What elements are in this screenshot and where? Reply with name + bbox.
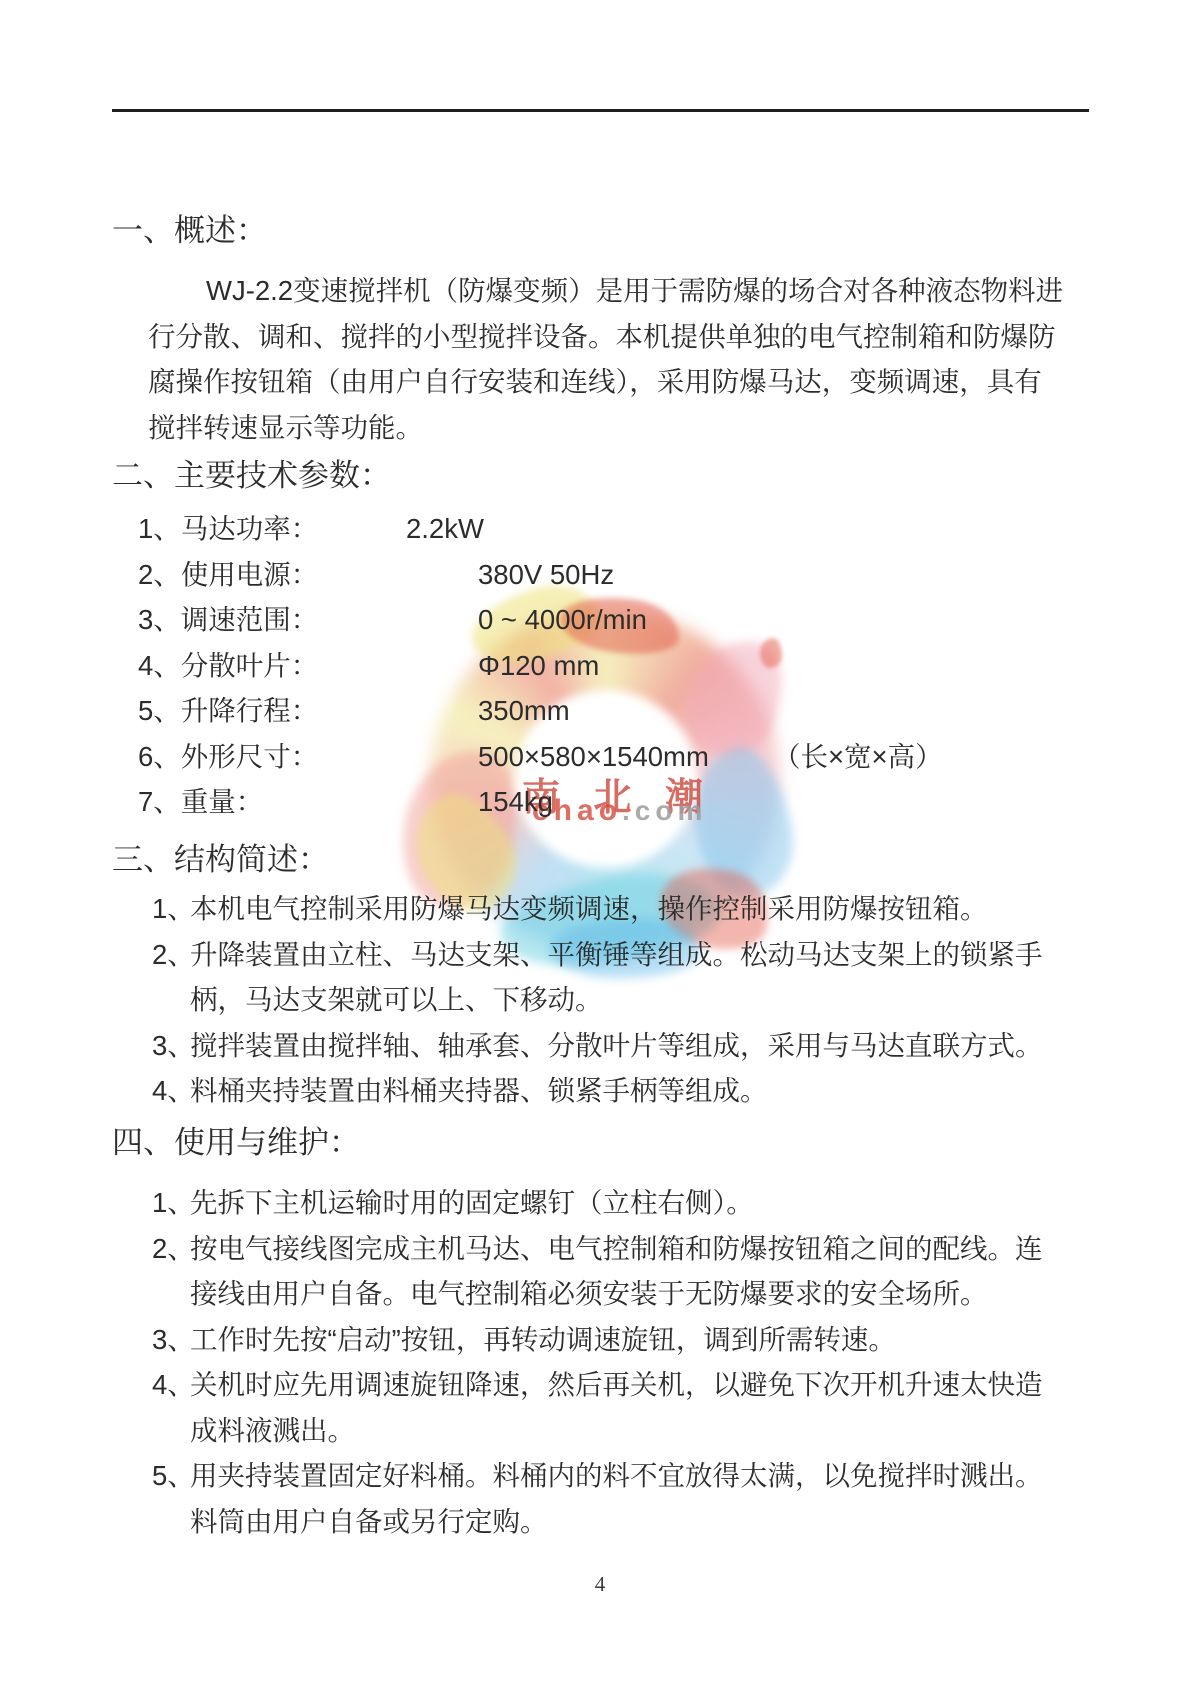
section-heading-structure: 三、结构简述： <box>112 840 329 880</box>
item-line: 关机时应先用调速旋钮降速，然后再关机，以避免下次开机升速太快造 <box>190 1362 1043 1408</box>
paragraph-line: 搅拌转速显示等功能。 <box>148 405 1063 451</box>
spec-value: 0 ~ 4000r/min <box>478 597 647 643</box>
spec-label: 分散叶片： <box>181 650 319 681</box>
list-item: 3、 工作时先按“启动”按钮，再转动调速旋钮，调到所需转速。 <box>112 1317 1142 1363</box>
item-number: 2、 <box>152 1226 190 1317</box>
spec-value: 154kg <box>478 779 553 825</box>
spec-row: 3、调速范围： 0 ~ 4000r/min <box>112 597 1112 643</box>
item-text: 升降装置由立柱、马达支架、平衡锤等组成。松动马达支架上的锁紧手 柄，马达支架就可… <box>190 932 1043 1023</box>
page-number: 4 <box>0 1572 1200 1597</box>
spec-row: 7、重量： 154kg <box>112 779 1112 825</box>
spec-row: 4、分散叶片： Φ120 mm <box>112 643 1112 689</box>
spec-value: Φ120 mm <box>478 643 599 689</box>
item-text: 工作时先按“启动”按钮，再转动调速旋钮，调到所需转速。 <box>190 1317 896 1363</box>
spec-label: 升降行程： <box>181 695 319 726</box>
spec-label: 使用电源： <box>181 559 319 590</box>
list-item: 3、 搅拌装置由搅拌轴、轴承套、分散叶片等组成，采用与马达直联方式。 <box>112 1023 1142 1069</box>
paragraph-line: 行分散、调和、搅拌的小型搅拌设备。本机提供单独的电气控制箱和防爆防 <box>148 314 1063 360</box>
item-line: 用夹持装置固定好料桶。料桶内的料不宜放得太满，以免搅拌时溅出。 <box>190 1453 1043 1499</box>
spec-row: 1、马达功率： 2.2kW <box>112 506 1112 552</box>
paragraph-line: WJ-2.2变速搅拌机（防爆变频）是用于需防爆的场合对各种液态物料进 <box>148 268 1063 314</box>
section-heading-overview: 一、概述： <box>112 211 267 251</box>
item-text: 搅拌装置由搅拌轴、轴承套、分散叶片等组成，采用与马达直联方式。 <box>190 1023 1043 1069</box>
list-item: 2、 升降装置由立柱、马达支架、平衡锤等组成。松动马达支架上的锁紧手 柄，马达支… <box>112 932 1142 1023</box>
spec-label: 马达功率： <box>181 513 319 544</box>
section-heading-usage: 四、使用与维护： <box>112 1123 360 1163</box>
paragraph-line: 腐操作按钮箱（由用户自行安装和连线），采用防爆马达，变频调速，具有 <box>148 359 1063 405</box>
item-text: 关机时应先用调速旋钮降速，然后再关机，以避免下次开机升速太快造 成料液溅出。 <box>190 1362 1043 1453</box>
spec-value: 350mm <box>478 688 570 734</box>
spec-value: 500×580×1540mm <box>478 734 709 780</box>
document-page: 南 北 潮 chao.com 一、概述： WJ-2.2变速搅拌机（防爆变频）是用… <box>0 0 1200 1697</box>
spec-value-note: （长×宽×高） <box>773 734 943 780</box>
item-text: 本机电气控制采用防爆马达变频调速，操作控制采用防爆按钮箱。 <box>190 886 988 932</box>
item-number: 2、 <box>152 932 190 1023</box>
spec-number: 5、 <box>138 695 181 726</box>
item-number: 5、 <box>152 1453 190 1544</box>
item-line: 柄，马达支架就可以上、下移动。 <box>190 977 1043 1023</box>
item-line: 接线由用户自备。电气控制箱必须安装于无防爆要求的安全场所。 <box>190 1271 1043 1317</box>
item-number: 4、 <box>152 1068 190 1114</box>
spec-row: 6、外形尺寸： 500×580×1540mm （长×宽×高） <box>112 734 1112 780</box>
overview-paragraph: WJ-2.2变速搅拌机（防爆变频）是用于需防爆的场合对各种液态物料进 行分散、调… <box>112 268 1063 450</box>
spec-number: 1、 <box>138 513 181 544</box>
item-line: 成料液溅出。 <box>190 1408 1043 1454</box>
item-text: 按电气接线图完成主机马达、电气控制箱和防爆按钮箱之间的配线。连 接线由用户自备。… <box>190 1226 1043 1317</box>
spec-row: 5、升降行程： 350mm <box>112 688 1112 734</box>
list-item: 5、 用夹持装置固定好料桶。料桶内的料不宜放得太满，以免搅拌时溅出。 料筒由用户… <box>112 1453 1142 1544</box>
item-text: 料桶夹持装置由料桶夹持器、锁紧手柄等组成。 <box>190 1068 768 1114</box>
spec-label: 调速范围： <box>181 604 319 635</box>
structure-list: 1、 本机电气控制采用防爆马达变频调速，操作控制采用防爆按钮箱。 2、 升降装置… <box>112 886 1142 1114</box>
spec-label: 重量： <box>181 786 264 817</box>
spec-label: 外形尺寸： <box>181 741 319 772</box>
item-line: 料桶夹持装置由料桶夹持器、锁紧手柄等组成。 <box>190 1068 768 1114</box>
item-number: 4、 <box>152 1362 190 1453</box>
list-item: 4、 关机时应先用调速旋钮降速，然后再关机，以避免下次开机升速太快造 成料液溅出… <box>112 1362 1142 1453</box>
header-rule <box>112 109 1089 112</box>
item-text: 先拆下主机运输时用的固定螺钉（立柱右侧）。 <box>190 1180 754 1226</box>
item-line: 本机电气控制采用防爆马达变频调速，操作控制采用防爆按钮箱。 <box>190 886 988 932</box>
item-number: 1、 <box>152 886 190 932</box>
item-line: 料筒由用户自备或另行定购。 <box>190 1499 1043 1545</box>
section-heading-specs: 二、主要技术参数： <box>112 456 391 496</box>
spec-value: 380V 50Hz <box>478 552 614 598</box>
spec-value: 2.2kW <box>406 506 484 552</box>
item-number: 3、 <box>152 1317 190 1363</box>
item-number: 3、 <box>152 1023 190 1069</box>
item-line: 工作时先按“启动”按钮，再转动调速旋钮，调到所需转速。 <box>190 1317 896 1363</box>
spec-number: 3、 <box>138 604 181 635</box>
list-item: 1、 先拆下主机运输时用的固定螺钉（立柱右侧）。 <box>112 1180 1142 1226</box>
item-line: 先拆下主机运输时用的固定螺钉（立柱右侧）。 <box>190 1180 754 1226</box>
spec-number: 6、 <box>138 741 181 772</box>
spec-number: 2、 <box>138 559 181 590</box>
item-line: 搅拌装置由搅拌轴、轴承套、分散叶片等组成，采用与马达直联方式。 <box>190 1023 1043 1069</box>
item-text: 用夹持装置固定好料桶。料桶内的料不宜放得太满，以免搅拌时溅出。 料筒由用户自备或… <box>190 1453 1043 1544</box>
spec-number: 4、 <box>138 650 181 681</box>
spec-number: 7、 <box>138 786 181 817</box>
item-number: 1、 <box>152 1180 190 1226</box>
list-item: 1、 本机电气控制采用防爆马达变频调速，操作控制采用防爆按钮箱。 <box>112 886 1142 932</box>
list-item: 4、 料桶夹持装置由料桶夹持器、锁紧手柄等组成。 <box>112 1068 1142 1114</box>
list-item: 2、 按电气接线图完成主机马达、电气控制箱和防爆按钮箱之间的配线。连 接线由用户… <box>112 1226 1142 1317</box>
usage-list: 1、 先拆下主机运输时用的固定螺钉（立柱右侧）。 2、 按电气接线图完成主机马达… <box>112 1180 1142 1544</box>
item-line: 升降装置由立柱、马达支架、平衡锤等组成。松动马达支架上的锁紧手 <box>190 932 1043 978</box>
item-line: 按电气接线图完成主机马达、电气控制箱和防爆按钮箱之间的配线。连 <box>190 1226 1043 1272</box>
spec-row: 2、使用电源： 380V 50Hz <box>112 552 1112 598</box>
spec-list: 1、马达功率： 2.2kW 2、使用电源： 380V 50Hz 3、调速范围： … <box>112 506 1112 825</box>
